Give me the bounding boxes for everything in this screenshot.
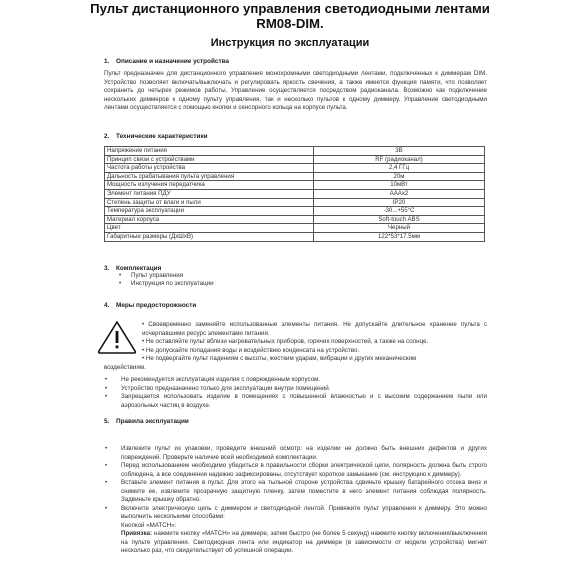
spec-param: Дальность срабатывания пульта управления [105, 172, 314, 181]
spec-value: Черный [314, 224, 485, 233]
precaution-item: • Своевременно заменяйте использованные … [141, 321, 487, 338]
spec-param: Напряжение питания [105, 147, 314, 156]
table-row: Напряжение питания3В [105, 147, 485, 156]
list-item: Не рекомендуется эксплуатация изделия с … [104, 376, 487, 385]
precautions-list: Не рекомендуется эксплуатация изделия с … [104, 376, 487, 410]
list-item: Устройство предназначено только для эксп… [104, 385, 487, 394]
table-row: Материал корпусаSoft-touch ABS [105, 215, 485, 224]
precaution-item-tail: воздействиям. [103, 364, 487, 373]
table-row: Принцип связи с устройствамиRF (радиокан… [105, 155, 485, 164]
spec-value: RF (радиоканал) [314, 155, 485, 164]
list-item: Вставьте элемент питания в пульт. Для эт… [104, 479, 487, 505]
table-row: Частота работы устройства2,4 ГГц [105, 164, 485, 173]
bind-label: Привязка: [121, 530, 152, 537]
match-label: Кнопкой «MATCH»: [121, 522, 176, 529]
spec-value: -30...+55°C [314, 207, 485, 216]
table-row: Габаритные размеры (ДхШхВ)122*53*17.5мм [105, 232, 485, 241]
document-model: RM08-DIM. [0, 16, 580, 31]
list-item: Перед использованием необходимо убедитьс… [104, 462, 487, 479]
list-item: Инструкция по эксплуатации [119, 280, 214, 288]
list-item: Запрещается использовать изделие в помещ… [104, 393, 487, 410]
spec-param: Температура эксплуатации [105, 207, 314, 216]
spec-value: AAAx2 [314, 189, 485, 198]
spec-value: 10мВт [314, 181, 485, 190]
precaution-item: • Не подвергайте пульт падениям с высоты… [141, 355, 487, 364]
package-list: Пульт управления Инструкция по эксплуата… [119, 272, 214, 288]
precaution-item: • Не оставляйте пульт вблизи нагреватель… [141, 338, 487, 347]
spec-table: Напряжение питания3ВПринцип связи с устр… [104, 146, 485, 242]
spec-value: Soft-touch ABS [314, 215, 485, 224]
document-title: Пульт дистанционного управления светодио… [0, 1, 580, 16]
spec-param: Мощность излучения передатчика [105, 181, 314, 190]
table-row: Мощность излучения передатчика10мВт [105, 181, 485, 190]
table-row: ЦветЧерный [105, 224, 485, 233]
list-item: Включите электрическую цепь с диммером и… [104, 505, 487, 556]
section-4-heading: 4.Меры предосторожности [104, 302, 196, 309]
list-item: Извлеките пульт из упаковки, проведите в… [104, 445, 487, 462]
spec-value: 2,4 ГГц [314, 164, 485, 173]
section-1-text: Пульт предназначен для дистанционного уп… [104, 70, 487, 113]
section-2-heading: 2.Технические характеристики [104, 133, 208, 140]
spec-value: IP20 [314, 198, 485, 207]
section-3-heading: 3.Комплектация [104, 265, 161, 272]
document-subtitle: Инструкция по эксплуатации [0, 37, 580, 49]
bind-text: нажмите кнопку «MATCH» на диммере, затем… [121, 530, 487, 554]
spec-param: Цвет [105, 224, 314, 233]
spec-value: 122*53*17.5мм [314, 232, 485, 241]
table-row: Дальность срабатывания пульта управления… [105, 172, 485, 181]
operation-rules-list: Извлеките пульт из упаковки, проведите в… [104, 445, 487, 556]
spec-param: Элемент питания ПДУ [105, 189, 314, 198]
warning-triangle-icon [97, 320, 137, 354]
list-item: Пульт управления [119, 272, 214, 280]
document-page: Пульт дистанционного управления светодио… [0, 0, 580, 580]
section-1-heading: 1.Описание и назначение устройства [104, 58, 229, 65]
spec-param: Принцип связи с устройствами [105, 155, 314, 164]
spec-param: Степень защиты от влаги и пыли [105, 198, 314, 207]
spec-param: Габаритные размеры (ДхШхВ) [105, 232, 314, 241]
precaution-item: • Не допускайте попадания воды и воздейс… [141, 347, 487, 356]
precautions-block: • Своевременно заменяйте использованные … [141, 321, 487, 372]
table-row: Элемент питания ПДУAAAx2 [105, 189, 485, 198]
table-row: Температура эксплуатации-30...+55°C [105, 207, 485, 216]
spec-param: Материал корпуса [105, 215, 314, 224]
spec-value: 3В [314, 147, 485, 156]
spec-param: Частота работы устройства [105, 164, 314, 173]
spec-value: 20м [314, 172, 485, 181]
section-5-heading: 5.Правила эксплуатации [104, 418, 189, 425]
table-row: Степень защиты от влаги и пылиIP20 [105, 198, 485, 207]
